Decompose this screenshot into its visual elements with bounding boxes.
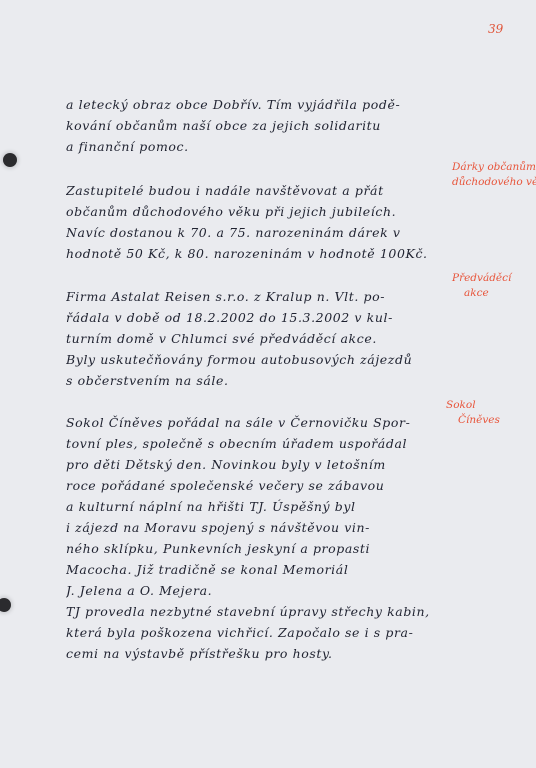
text-line: a finanční pomoc. [66, 136, 458, 157]
text-line: Sokol Číněves pořádal na sále v Černovič… [66, 412, 458, 433]
paragraph-sales-events: Firma Astalat Reisen s.r.o. z Kralup n. … [66, 286, 458, 391]
text-line: cemi na výstavbě přístřešku pro hosty. [66, 643, 458, 664]
text-line: hodnotě 50 Kč, k 80. narozeninám v hodno… [66, 243, 458, 264]
text-line: ného sklípku, Punkevních jeskyní a propa… [66, 538, 458, 559]
text-line: Byly uskutečňovány formou autobusových z… [66, 349, 458, 370]
text-line: občanům důchodového věku při jejich jubi… [66, 201, 458, 222]
text-line: s občerstvením na sále. [66, 370, 458, 391]
margin-note-sokol: Sokol Číněves [446, 398, 500, 428]
text-line: Firma Astalat Reisen s.r.o. z Kralup n. … [66, 286, 458, 307]
text-line: kování občanům naší obce za jejich solid… [66, 115, 458, 136]
page-number: 39 [488, 22, 503, 36]
text-line: řádala v době od 18.2.2002 do 15.3.2002 … [66, 307, 458, 328]
punch-hole-top [3, 153, 17, 167]
note-line: Dárky občanům [452, 160, 536, 175]
margin-note-senior-gifts: Dárky občanům důchodového věku [452, 160, 536, 190]
text-line: a kulturní náplní na hřišti TJ. Úspěšný … [66, 496, 458, 517]
paragraph-sokol-activities: Sokol Číněves pořádal na sále v Černovič… [66, 412, 458, 664]
text-line: roce pořádané společenské večery se zába… [66, 475, 458, 496]
note-line: Číněves [446, 413, 500, 428]
text-line: J. Jelena a O. Mejera. [66, 580, 458, 601]
text-line: Macocha. Již tradičně se konal Memoriál [66, 559, 458, 580]
text-line: Zastupitelé budou i nadále navštěvovat a… [66, 180, 458, 201]
text-line: pro děti Dětský den. Novinkou byly v let… [66, 454, 458, 475]
text-line: tovní ples, společně s obecním úřadem us… [66, 433, 458, 454]
note-line: důchodového věku [452, 175, 536, 190]
text-line: která byla poškozena vichřicí. Započalo … [66, 622, 458, 643]
note-line: Sokol [446, 398, 500, 413]
text-line: turním domě v Chlumci své předváděcí akc… [66, 328, 458, 349]
paragraph-dobriv-thanks: a letecký obraz obce Dobřív. Tím vyjádři… [66, 94, 458, 157]
punch-hole-bottom [0, 598, 11, 612]
note-line: Předváděcí [452, 271, 511, 286]
paragraph-senior-gifts: Zastupitelé budou i nadále navštěvovat a… [66, 180, 458, 264]
text-line: TJ provedla nezbytné stavební úpravy stř… [66, 601, 458, 622]
text-line: Navíc dostanou k 70. a 75. narozeninám d… [66, 222, 458, 243]
note-line: akce [452, 286, 511, 301]
text-line: a letecký obraz obce Dobřív. Tím vyjádři… [66, 94, 458, 115]
handwritten-chronicle-page: 39 a letecký obraz obce Dobřív. Tím vyjá… [0, 0, 536, 768]
text-line: i zájezd na Moravu spojený s návštěvou v… [66, 517, 458, 538]
margin-note-sales-events: Předváděcí akce [452, 271, 511, 301]
